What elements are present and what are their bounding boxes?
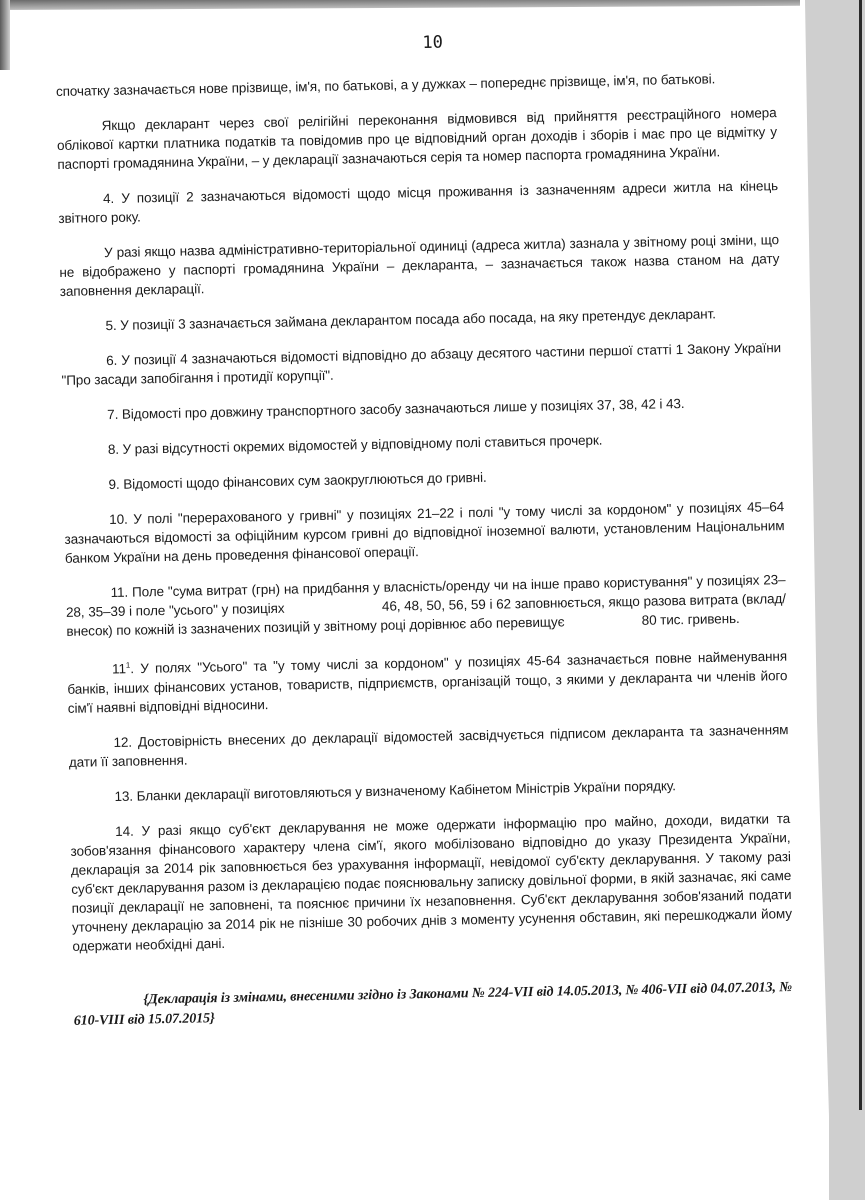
paragraph-item-9: 9. Відомості щодо фінансових сум заокруг… [63, 462, 783, 495]
paragraph-item-8: 8. У разі відсутності окремих відомостей… [63, 427, 783, 460]
scan-shadow-left [0, 0, 10, 70]
paragraph-item-4: 4. У позиції 2 зазначаються відомості що… [58, 176, 779, 228]
paragraph-continuation: спочатку зазначається нове прізвище, ім'… [56, 68, 776, 101]
item-number: 11 [112, 661, 126, 676]
paragraph-item-11: 11. Поле "сума витрат (грн) на придбання… [65, 570, 786, 641]
paragraph-item-6: 6. У позиції 4 зазначаються відомості ві… [61, 338, 782, 390]
redaction-gap [568, 625, 638, 626]
paragraph-item-10: 10. У полі "перерахованого у гривні" у п… [64, 497, 785, 568]
paragraph-religious-exemption: Якщо декларант через свої релігійні пере… [56, 103, 777, 174]
paragraph-item-11-part3: 80 тис. гривень. [642, 611, 740, 628]
paragraph-item-14: 14. У разі якщо суб'єкт декларування не … [70, 809, 792, 956]
paragraph-item-12: 12. Достовірність внесених до декларації… [68, 720, 789, 772]
document-page: 10 спочатку зазначається нове прізвище, … [55, 26, 794, 1047]
paragraph-item-7: 7. Відомості про довжину транспортного з… [62, 392, 782, 425]
redaction-gap [288, 611, 378, 613]
amendment-note: {Декларація із змінами, внесеними згідно… [73, 978, 794, 1032]
paragraph-item-11-1-text: . У полях "Усього" та "у тому числі за к… [67, 649, 787, 716]
paragraph-item-5: 5. У позиції 3 зазначається займана декл… [60, 303, 780, 336]
paragraph-address-change: У разі якщо назва адміністративно-терито… [59, 230, 780, 301]
scan-edge-right [859, 0, 862, 1110]
scan-shadow-top [0, 0, 800, 10]
page-number: 10 [55, 26, 775, 60]
scan-border-right [805, 0, 865, 1200]
paragraph-item-11-1: 111. У полях "Усього" та "у тому числі з… [67, 643, 788, 717]
paragraph-item-13: 13. Бланки декларації виготовляються у в… [69, 774, 789, 807]
